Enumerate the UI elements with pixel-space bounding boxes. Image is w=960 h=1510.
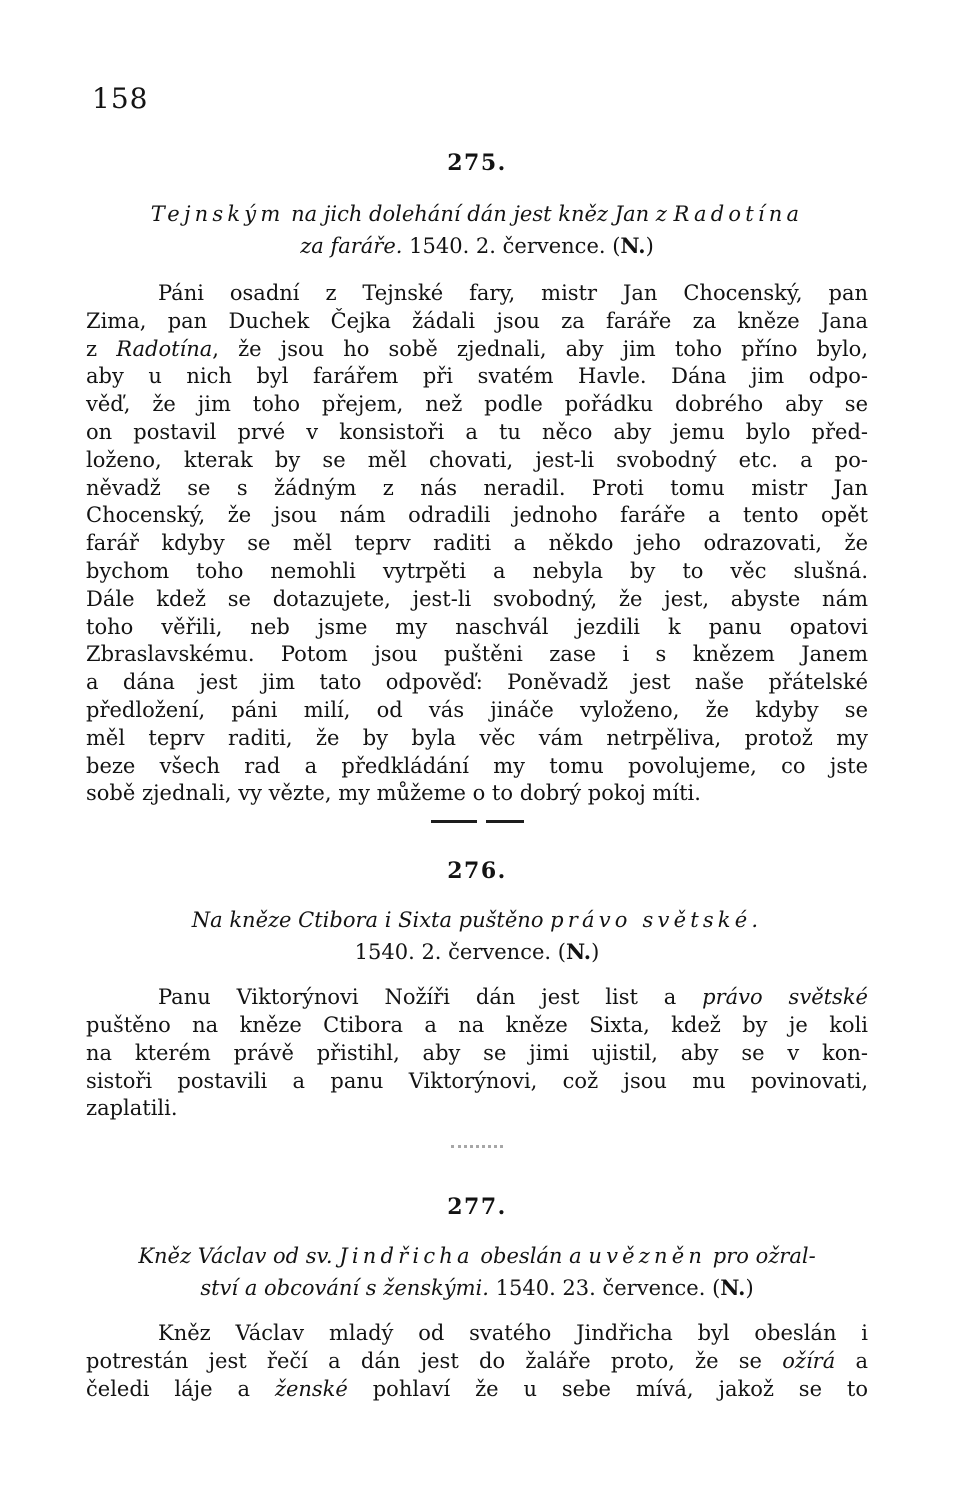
- entry-body-paragraph: Kněz Václav mladý od svatého Jindřicha b…: [86, 1320, 868, 1403]
- section-divider-faint: [451, 1145, 503, 1148]
- entry-number: 277.: [86, 1194, 868, 1220]
- page-content: 275. Tejnským na jich dolehání dán jest …: [86, 0, 868, 1404]
- text-line: Kněz Václav mladý od svatého Jindřicha b…: [86, 1320, 868, 1348]
- entry-heading: Kněz Václav od sv. Jindřicha obeslán a u…: [86, 1240, 868, 1304]
- text-line: Kněz Václav od sv. Jindřicha obeslán a u…: [86, 1240, 868, 1272]
- text-line: Panu Viktorýnovi Nožíři dán jest list a …: [86, 984, 868, 1012]
- text-line: zaplatili.: [86, 1095, 868, 1123]
- text-line: čeledi láje a ženské pohlaví že u sebe m…: [86, 1376, 868, 1404]
- entry-heading: Tejnským na jich dolehání dán jest kněz …: [86, 198, 868, 262]
- text-line: toho věřili, neb jsme my naschvál jezdil…: [86, 614, 868, 642]
- text-line: na kterém právě přistihl, aby se jimi uj…: [86, 1040, 868, 1068]
- entry-277: 277. Kněz Václav od sv. Jindřicha obeslá…: [86, 1194, 868, 1403]
- entry-body-paragraph: Panu Viktorýnovi Nožíři dán jest list a …: [86, 984, 868, 1123]
- text-line: bychom toho nemohli vytrpěti a nebyla by…: [86, 558, 868, 586]
- text-line: 1540. 2. července. (N.): [86, 936, 868, 968]
- text-line: loženo, kterak by se měl chovati, jest-l…: [86, 447, 868, 475]
- text-line: něvadž se s žádným z nás neradil. Proti …: [86, 475, 868, 503]
- text-line: potrestán jest řečí a dán jest do žaláře…: [86, 1348, 868, 1376]
- divider-dash-icon: [431, 820, 477, 823]
- entry-number: 275.: [86, 150, 868, 176]
- text-line: on postavil prvé v konsistoři a tu něco …: [86, 419, 868, 447]
- section-divider: [86, 820, 868, 824]
- text-line: Na kněze Ctibora i Sixta puštěno právo s…: [86, 904, 868, 936]
- text-line: věď, že jim toho přejem, než podle pořád…: [86, 391, 868, 419]
- text-line: farář kdyby se měl teprv raditi a někdo …: [86, 530, 868, 558]
- text-line: aby u nich byl farářem při svatém Havle.…: [86, 363, 868, 391]
- entry-body-paragraph: Páni osadní z Tejnské fary, mistr Jan Ch…: [86, 280, 868, 808]
- book-page: 158 275. Tejnským na jich dolehání dán j…: [0, 0, 960, 1510]
- text-line: puštěno na kněze Ctibora a na kněze Sixt…: [86, 1012, 868, 1040]
- text-line: za faráře. 1540. 2. července. (N.): [86, 230, 868, 262]
- divider-dash-icon: [486, 820, 524, 823]
- text-line: sobě zjednali, vy vězte, my můžeme o to …: [86, 780, 868, 808]
- text-line: Zima, pan Duchek Čejka žádali jsou za fa…: [86, 308, 868, 336]
- entry-276: 276. Na kněze Ctibora i Sixta puštěno pr…: [86, 858, 868, 1123]
- entry-275: 275. Tejnským na jich dolehání dán jest …: [86, 150, 868, 808]
- text-line: Páni osadní z Tejnské fary, mistr Jan Ch…: [86, 280, 868, 308]
- text-line: ství a obcování s ženskými. 1540. 23. če…: [86, 1272, 868, 1304]
- text-line: sistoři postavili a panu Viktorýnovi, co…: [86, 1068, 868, 1096]
- text-line: a dána jest jim tato odpověď: Poněvadž j…: [86, 669, 868, 697]
- text-line: Chocenský, že jsou nám odradili jednoho …: [86, 502, 868, 530]
- entry-heading: Na kněze Ctibora i Sixta puštěno právo s…: [86, 904, 868, 968]
- text-line: beze všech rad a předkládání my tomu pov…: [86, 753, 868, 781]
- text-line: předložení, páni milí, od vás jináče vyl…: [86, 697, 868, 725]
- text-line: měl teprv raditi, že by byla věc vám net…: [86, 725, 868, 753]
- text-line: Tejnským na jich dolehání dán jest kněz …: [86, 198, 868, 230]
- text-line: z Radotína, že jsou ho sobě zjednali, ab…: [86, 336, 868, 364]
- text-line: Zbraslavskému. Potom jsou puštěni zase i…: [86, 641, 868, 669]
- text-line: Dále kdež se dotazujete, jest-li svobodn…: [86, 586, 868, 614]
- entry-number: 276.: [86, 858, 868, 884]
